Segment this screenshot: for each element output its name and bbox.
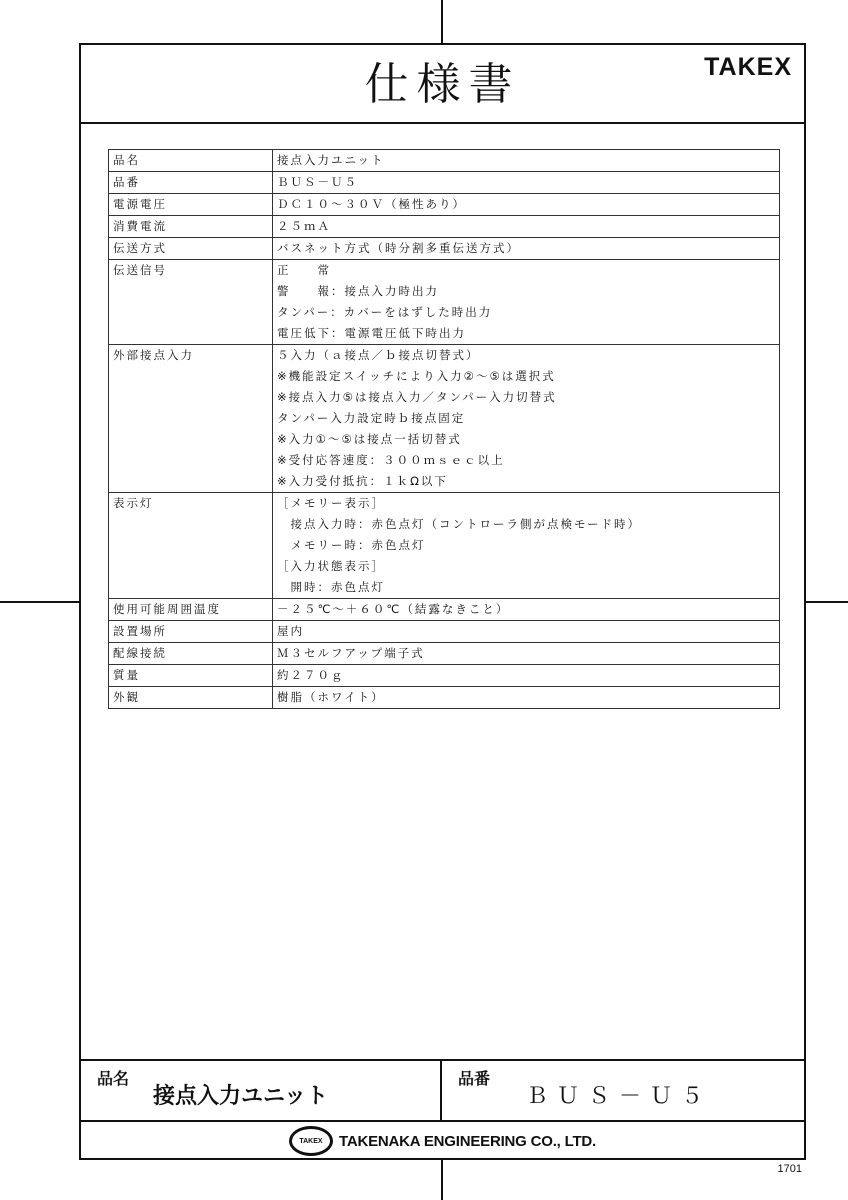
spec-value-line: 警 報：接点入力時出力	[277, 281, 775, 302]
crop-mark-left	[0, 601, 79, 603]
spec-value-line: タンパー：カバーをはずした時出力	[277, 302, 775, 323]
spec-table: 品名接点入力ユニット品番ＢＵＳ－Ｕ５電源電圧ＤＣ１０～３０Ｖ（極性あり）消費電流…	[108, 149, 780, 709]
footer-code-value: ＢＵＳ－Ｕ５	[526, 1079, 712, 1110]
spec-value-line: ※入力①～⑤は接点一括切替式	[277, 429, 775, 450]
table-row: 消費電流２５ｍＡ	[109, 216, 780, 238]
spec-label: 設置場所	[109, 621, 273, 643]
crop-mark-right	[806, 601, 848, 603]
spec-value-line: 約２７０ｇ	[277, 665, 775, 686]
spec-value-line: ※接点入力⑤は接点入力／タンパー入力切替式	[277, 387, 775, 408]
table-row: 外部接点入力５入力（ａ接点／ｂ接点切替式）※機能設定スイッチにより入力②～⑤は選…	[109, 345, 780, 493]
spec-value: ＢＵＳ－Ｕ５	[273, 172, 780, 194]
spec-value-line: ［入力状態表示］	[277, 556, 775, 577]
table-row: 伝送方式バスネット方式（時分割多重伝送方式）	[109, 238, 780, 260]
spec-value-line: 正 常	[277, 260, 775, 281]
takex-oval-logo-icon: TAKEX	[289, 1126, 333, 1156]
crop-mark-bottom	[441, 1160, 443, 1200]
spec-label: 伝送信号	[109, 260, 273, 345]
spec-value: 屋内	[273, 621, 780, 643]
spec-value-line: バスネット方式（時分割多重伝送方式）	[277, 238, 775, 259]
footer-name-label: 品名	[97, 1066, 129, 1089]
spec-value: Ｍ３セルフアップ端子式	[273, 643, 780, 665]
spec-label: 外部接点入力	[109, 345, 273, 493]
spec-value-line: ５入力（ａ接点／ｂ接点切替式）	[277, 345, 775, 366]
table-row: 使用可能周囲温度－２５℃～＋６０℃（結露なきこと）	[109, 599, 780, 621]
footer-company: TAKEX TAKENAKA ENGINEERING CO., LTD.	[81, 1122, 804, 1160]
spec-value: －２５℃～＋６０℃（結露なきこと）	[273, 599, 780, 621]
table-row: 表示灯［メモリー表示］ 接点入力時：赤色点灯（コントローラ側が点検モード時） メ…	[109, 493, 780, 599]
spec-label: 品番	[109, 172, 273, 194]
document-number: 1701	[778, 1163, 802, 1175]
spec-label: 配線接続	[109, 643, 273, 665]
table-row: 質量約２７０ｇ	[109, 665, 780, 687]
spec-label: 質量	[109, 665, 273, 687]
page-title: 仕様書	[81, 57, 804, 113]
spec-value-line: 樹脂（ホワイト）	[277, 687, 775, 708]
footer-product-block: 品名 接点入力ユニット 品番 ＢＵＳ－Ｕ５	[81, 1059, 804, 1122]
table-row: 伝送信号正 常警 報：接点入力時出力タンパー：カバーをはずした時出力電圧低下：電…	[109, 260, 780, 345]
footer-product-name-cell: 品名 接点入力ユニット	[81, 1061, 442, 1120]
spec-value: ＤＣ１０～３０Ｖ（極性あり）	[273, 194, 780, 216]
spec-value-line: ＤＣ１０～３０Ｖ（極性あり）	[277, 194, 775, 215]
spec-label: 外観	[109, 687, 273, 709]
table-row: 設置場所屋内	[109, 621, 780, 643]
spec-value-line: 電圧低下：電源電圧低下時出力	[277, 323, 775, 344]
spec-value-line: ［メモリー表示］	[277, 493, 775, 514]
spec-value-line: 屋内	[277, 621, 775, 642]
spec-value: バスネット方式（時分割多重伝送方式）	[273, 238, 780, 260]
table-row: 配線接続Ｍ３セルフアップ端子式	[109, 643, 780, 665]
spec-value-line: 接点入力時：赤色点灯（コントローラ側が点検モード時）	[277, 514, 775, 535]
footer-name-value: 接点入力ユニット	[153, 1079, 328, 1110]
brand-logo: TAKEX	[704, 53, 792, 82]
company-name: TAKENAKA ENGINEERING CO., LTD.	[339, 1133, 596, 1150]
spec-label: 消費電流	[109, 216, 273, 238]
document-header: 仕様書 TAKEX	[81, 45, 804, 124]
table-row: 外観樹脂（ホワイト）	[109, 687, 780, 709]
spec-value-line: －２５℃～＋６０℃（結露なきこと）	[277, 599, 775, 620]
spec-value: ２５ｍＡ	[273, 216, 780, 238]
spec-value: 接点入力ユニット	[273, 150, 780, 172]
spec-value: 正 常警 報：接点入力時出力タンパー：カバーをはずした時出力電圧低下：電源電圧低…	[273, 260, 780, 345]
table-row: 電源電圧ＤＣ１０～３０Ｖ（極性あり）	[109, 194, 780, 216]
spec-value-line: メモリー時：赤色点灯	[277, 535, 775, 556]
spec-value: 樹脂（ホワイト）	[273, 687, 780, 709]
spec-value-line: ※機能設定スイッチにより入力②～⑤は選択式	[277, 366, 775, 387]
spec-value: ［メモリー表示］ 接点入力時：赤色点灯（コントローラ側が点検モード時） メモリー…	[273, 493, 780, 599]
table-row: 品名接点入力ユニット	[109, 150, 780, 172]
crop-mark-top	[441, 0, 443, 43]
spec-label: 使用可能周囲温度	[109, 599, 273, 621]
spec-value-line: 開時：赤色点灯	[277, 577, 775, 598]
spec-value-line: Ｍ３セルフアップ端子式	[277, 643, 775, 664]
footer-product-code-cell: 品番 ＢＵＳ－Ｕ５	[442, 1061, 804, 1120]
spec-label: 電源電圧	[109, 194, 273, 216]
table-row: 品番ＢＵＳ－Ｕ５	[109, 172, 780, 194]
footer-code-label: 品番	[458, 1066, 490, 1089]
spec-value: ５入力（ａ接点／ｂ接点切替式）※機能設定スイッチにより入力②～⑤は選択式※接点入…	[273, 345, 780, 493]
spec-value-line: ２５ｍＡ	[277, 216, 775, 237]
spec-value-line: ※入力受付抵抗：１ｋΩ以下	[277, 471, 775, 492]
spec-value: 約２７０ｇ	[273, 665, 780, 687]
spec-value-line: ＢＵＳ－Ｕ５	[277, 172, 775, 193]
document-frame: 仕様書 TAKEX 品名接点入力ユニット品番ＢＵＳ－Ｕ５電源電圧ＤＣ１０～３０Ｖ…	[79, 43, 806, 1160]
spec-value-line: ※受付応答速度：３００ｍｓｅｃ以上	[277, 450, 775, 471]
spec-value-line: タンパー入力設定時ｂ接点固定	[277, 408, 775, 429]
spec-label: 表示灯	[109, 493, 273, 599]
spec-value-line: 接点入力ユニット	[277, 150, 775, 171]
spec-label: 品名	[109, 150, 273, 172]
spec-label: 伝送方式	[109, 238, 273, 260]
